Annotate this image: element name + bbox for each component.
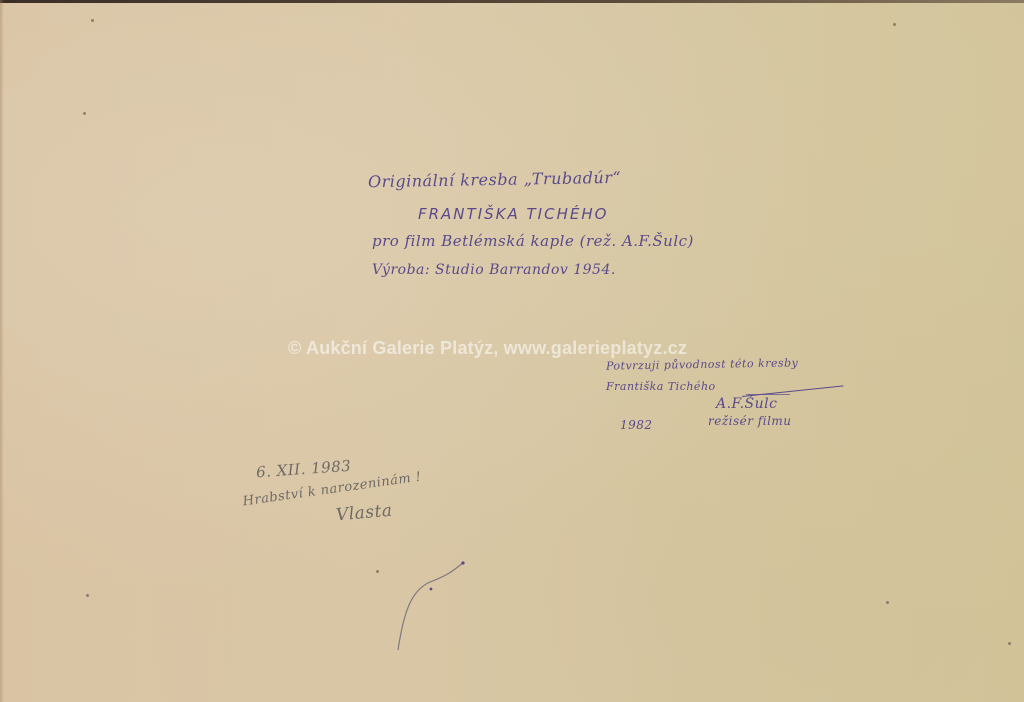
ink-stroke-mark [0, 0, 1024, 702]
